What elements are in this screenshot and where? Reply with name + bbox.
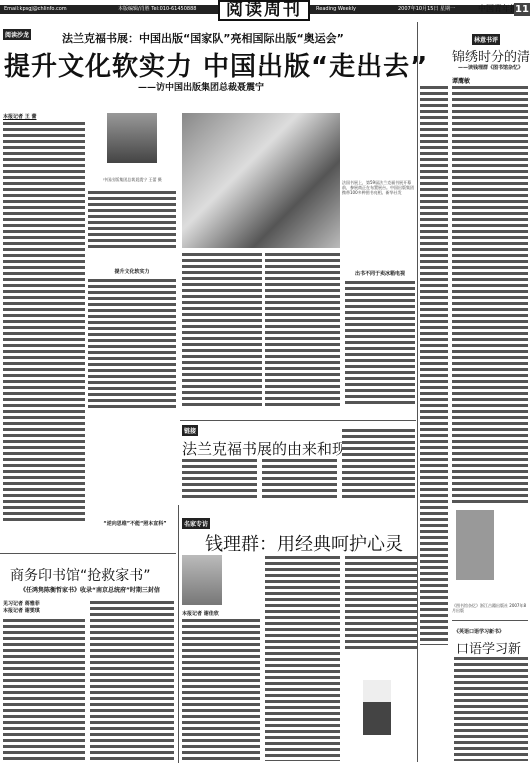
- box-body2: [262, 458, 337, 498]
- ad-body: [454, 656, 528, 761]
- portrait-photo: [107, 113, 157, 163]
- review-tag: 林意书评: [472, 34, 500, 45]
- review-headline: 锦绣时分的清谈: [452, 46, 530, 65]
- lead-body-col2: [88, 190, 176, 250]
- book-cover-2: [363, 680, 391, 735]
- bookfair-photo: [182, 113, 340, 248]
- review-body: [452, 85, 528, 505]
- sidebar-heading: 出书不同于卖冰箱电视: [345, 270, 415, 277]
- lead-headline: 提升文化软实力 中国出版“走出去”: [4, 46, 428, 83]
- bottom-left-divider: [0, 553, 176, 554]
- lead-body-col4: [265, 252, 340, 407]
- ad-divider: [452, 620, 528, 621]
- qian-liqun-photo: [182, 555, 222, 605]
- portrait-caption: 中国出版集团总裁聂震宁 王蕾 摄: [95, 177, 170, 182]
- interview-body1: [265, 555, 340, 761]
- lead-subheadline: ——访中国出版集团总裁聂震宁: [138, 80, 264, 93]
- lead-kicker: 法兰克福书展：中国出版“国家队”亮相国际出版“奥运会”: [62, 30, 344, 46]
- review-author: 谭鹰敏: [452, 76, 470, 85]
- box-tag: 链接: [182, 425, 198, 436]
- lead-byline: 本报记者 王 蕾: [3, 113, 36, 120]
- interview-tag: 名家专访: [182, 518, 210, 529]
- bottom-left-byline1: 见习记者 蒋雅菲: [3, 600, 40, 607]
- bottom-left-byline2: 本报记者 谢雯琪: [3, 607, 40, 614]
- interview-headline: 钱理群：用经典呵护心灵: [205, 530, 403, 556]
- paper-logo: 中国青年报: [478, 3, 518, 14]
- sidebar-body: [345, 280, 415, 405]
- ad-kicker: 《英语口语学习新书》: [454, 628, 504, 635]
- bottom-left-subheadline: 《任鸿隽陈衡哲家书》收录“南京总统府”时期三封信: [20, 585, 160, 594]
- page-number: 11: [514, 3, 530, 16]
- box-body1: [182, 458, 257, 498]
- bottom-left-headline: 商务印书馆“抢救家书”: [10, 565, 151, 585]
- column-divider: [417, 22, 418, 762]
- box-body3: [342, 428, 415, 498]
- lead-body-col1: [3, 121, 85, 521]
- subhead-soft-power: 提升文化软实力: [88, 268, 176, 275]
- left-narrow-col: [420, 85, 448, 645]
- quote-heading: “逆向思维”不能“照本宣科”: [95, 520, 175, 527]
- bottom-divider: [178, 505, 179, 763]
- bottom-left-body2: [90, 600, 174, 761]
- header-editor: 本版编辑/肖胜 Tel:010-61450888: [118, 5, 196, 14]
- section-masthead: 阅读周刊: [218, 0, 310, 21]
- box-divider: [180, 420, 416, 421]
- header-date: 2007年10月15日 星期一: [398, 5, 455, 14]
- lead-body-col2b: [88, 278, 176, 408]
- lead-body-col3: [182, 252, 262, 407]
- header-section-en: Reading Weekly: [316, 5, 356, 14]
- book-caption: 《图书馆杂忆》浙江古籍出版社 2007年8月出版: [452, 603, 528, 613]
- interview-byline: 本报记者 谢佳欣: [182, 610, 219, 617]
- header-email: Email:kpsgj@chlinfo.com: [4, 5, 67, 14]
- interview-body2: [345, 555, 417, 650]
- interview-body0: [182, 618, 260, 761]
- column-tag: 阅读沙龙: [3, 29, 31, 40]
- review-subheadline: ——读钱理群《图书馆杂忆》: [458, 64, 523, 71]
- book-cover: [456, 510, 494, 580]
- box-headline: 法兰克福书展的由来和现状: [182, 438, 362, 459]
- bottom-left-body1: [3, 618, 85, 761]
- bookfair-caption: 法国书展上，第59届法兰克福书展开幕前，参展商正在布置展台。中国出版集团携带10…: [342, 180, 414, 195]
